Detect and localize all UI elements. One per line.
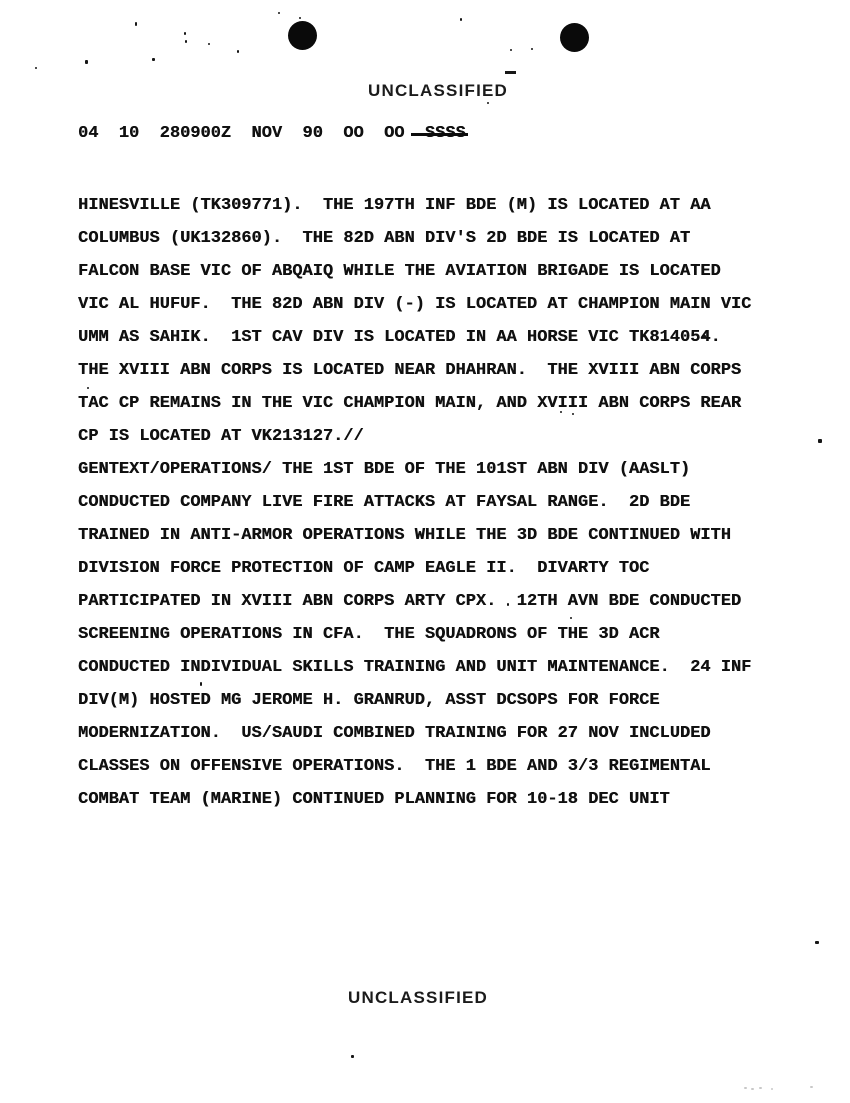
- scan-speck: [751, 1088, 754, 1090]
- body-line: TAC CP REMAINS IN THE VIC CHAMPION MAIN,…: [78, 387, 751, 420]
- body-line: FALCON BASE VIC OF ABQAIQ WHILE THE AVIA…: [78, 255, 751, 288]
- scan-speck: [460, 18, 462, 21]
- scan-speck: [570, 617, 572, 619]
- scan-speck: [200, 682, 202, 686]
- classification-stamp-top: UNCLASSIFIED: [368, 81, 508, 101]
- body-line: MODERNIZATION. US/SAUDI COMBINED TRAININ…: [78, 717, 751, 750]
- scanned-document-page: UNCLASSIFIED 04 10 280900Z NOV 90 OO OO …: [0, 0, 850, 1103]
- message-header-line: 04 10 280900Z NOV 90 OO OO SSSS: [78, 124, 466, 144]
- scan-speck: [87, 387, 89, 389]
- scan-speck: [560, 411, 562, 413]
- body-line: COMBAT TEAM (MARINE) CONTINUED PLANNING …: [78, 783, 751, 816]
- body-line: SCREENING OPERATIONS IN CFA. THE SQUADRO…: [78, 618, 751, 651]
- body-line: PARTICIPATED IN XVIII ABN CORPS ARTY CPX…: [78, 585, 751, 618]
- scan-speck: [759, 1087, 762, 1089]
- scan-speck: [815, 941, 819, 944]
- classification-stamp-bottom: UNCLASSIFIED: [348, 988, 488, 1008]
- scan-speck: [510, 49, 512, 51]
- scan-speck: [810, 1086, 813, 1088]
- body-line: VIC AL HUFUF. THE 82D ABN DIV (-) IS LOC…: [78, 288, 751, 321]
- scan-speck: [152, 58, 155, 61]
- body-line: THE XVIII ABN CORPS IS LOCATED NEAR DHAH…: [78, 354, 751, 387]
- hole-punch-right: [560, 23, 589, 52]
- scan-speck: [572, 413, 574, 415]
- document-body: HINESVILLE (TK309771). THE 197TH INF BDE…: [78, 189, 751, 816]
- scan-speck: [351, 1055, 354, 1058]
- scan-speck: [35, 67, 37, 69]
- scan-speck: [237, 50, 239, 53]
- scan-speck: [299, 17, 301, 19]
- body-line: CONDUCTED COMPANY LIVE FIRE ATTACKS AT F…: [78, 486, 751, 519]
- scan-speck: [507, 603, 509, 606]
- scan-speck: [818, 439, 822, 443]
- scan-speck: [184, 32, 186, 35]
- body-line: HINESVILLE (TK309771). THE 197TH INF BDE…: [78, 189, 751, 222]
- scan-speck: [487, 102, 489, 104]
- scan-speck: [771, 1088, 773, 1090]
- body-line: DIVISION FORCE PROTECTION OF CAMP EAGLE …: [78, 552, 751, 585]
- struck-classification-code: SSSS: [425, 124, 466, 144]
- message-header-prefix: 04 10 280900Z NOV 90 OO OO: [78, 124, 425, 143]
- body-line: CP IS LOCATED AT VK213127.//: [78, 420, 751, 453]
- body-line: UMM AS SAHIK. 1ST CAV DIV IS LOCATED IN …: [78, 321, 751, 354]
- scan-speck: [531, 48, 533, 50]
- scan-dash-mark: [505, 71, 516, 74]
- body-line: GENTEXT/OPERATIONS/ THE 1ST BDE OF THE 1…: [78, 453, 751, 486]
- scan-speck: [85, 60, 88, 64]
- scan-speck: [744, 1087, 747, 1089]
- body-line: CLASSES ON OFFENSIVE OPERATIONS. THE 1 B…: [78, 750, 751, 783]
- body-line: CONDUCTED INDIVIDUAL SKILLS TRAINING AND…: [78, 651, 751, 684]
- scan-speck: [703, 335, 706, 338]
- scan-speck: [185, 40, 187, 43]
- scan-speck: [135, 22, 137, 26]
- hole-punch-left: [288, 21, 317, 50]
- scan-speck: [208, 43, 210, 45]
- scan-speck: [278, 12, 280, 14]
- body-line: COLUMBUS (UK132860). THE 82D ABN DIV'S 2…: [78, 222, 751, 255]
- body-line: DIV(M) HOSTED MG JEROME H. GRANRUD, ASST…: [78, 684, 751, 717]
- body-line: TRAINED IN ANTI-ARMOR OPERATIONS WHILE T…: [78, 519, 751, 552]
